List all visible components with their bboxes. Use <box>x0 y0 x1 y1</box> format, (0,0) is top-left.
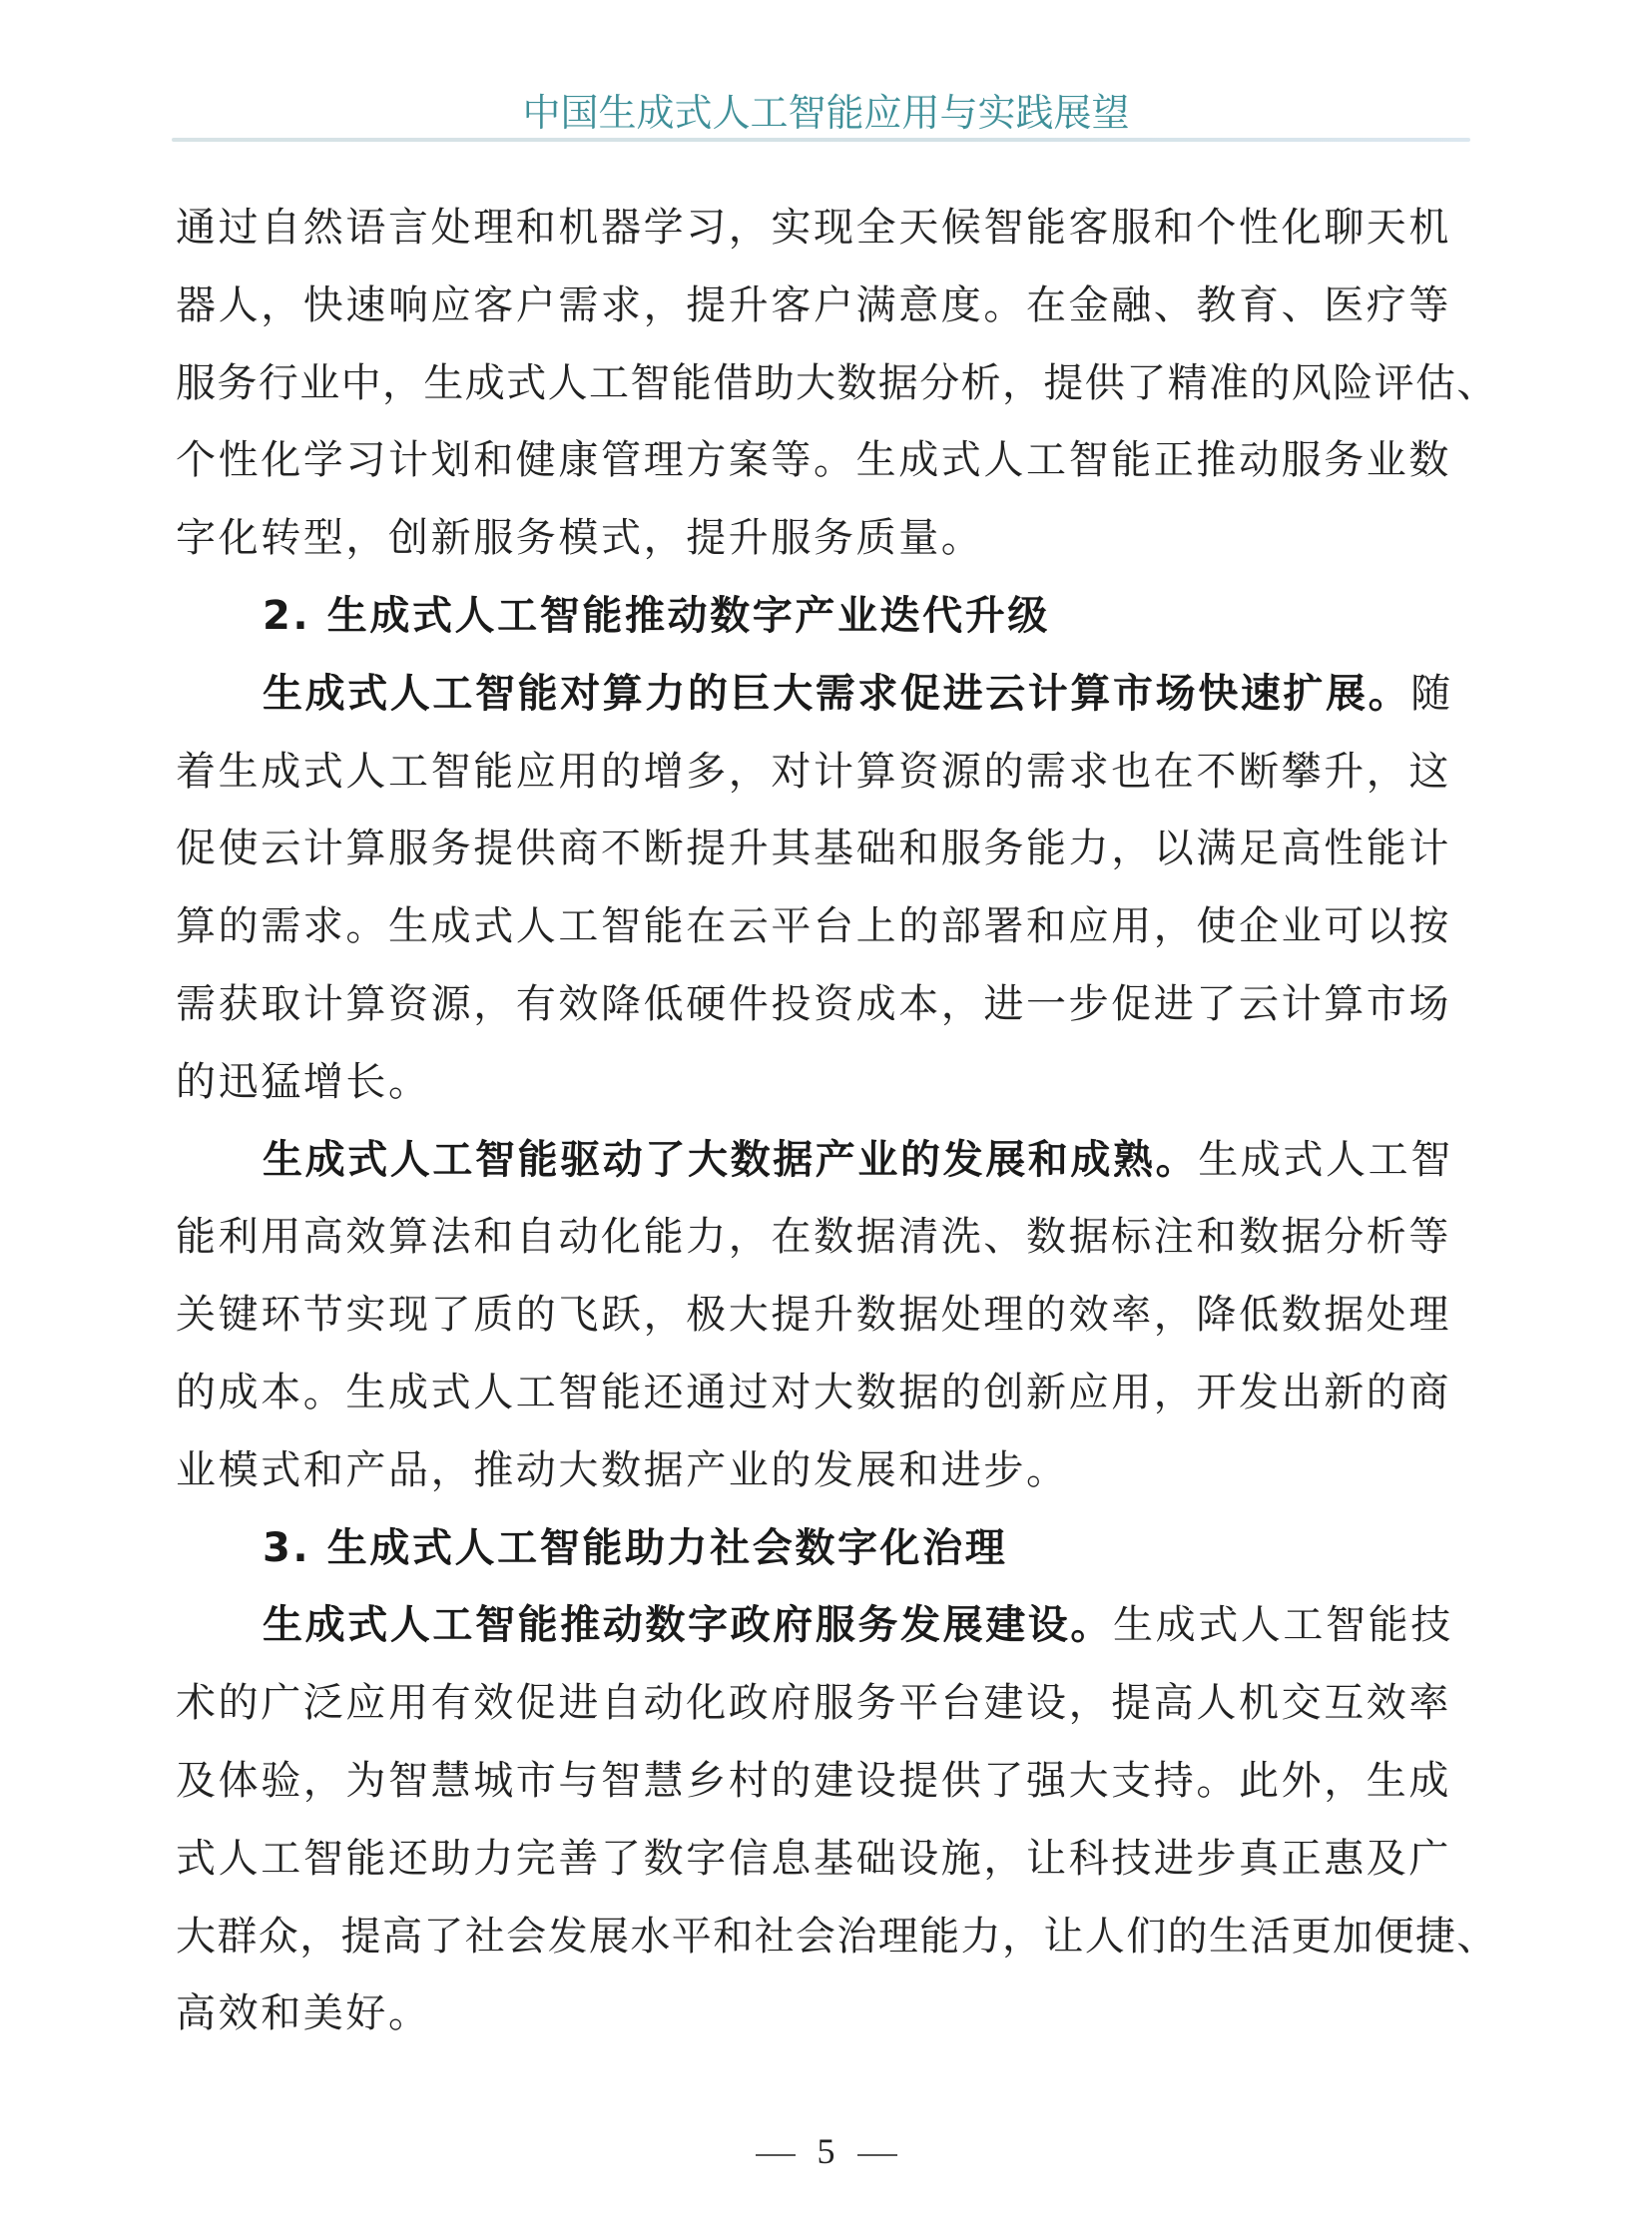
bold-lead: 生成式人工智能推动数字政府服务发展建设。 <box>263 1602 1113 1648</box>
text-line: 算的需求。生成式人工智能在云平台上的部署和应用，使企业可以按 <box>176 888 1471 966</box>
line-text: 生成式人工智能技 <box>1113 1602 1453 1648</box>
text-line: 生成式人工智能对算力的巨大需求促进云计算市场快速扩展。随 <box>176 656 1471 734</box>
dash-right <box>857 2154 897 2156</box>
line-text: 算的需求。生成式人工智能在云平台上的部署和应用，使企业可以按 <box>176 903 1451 949</box>
text-line: 通过自然语言处理和机器学习，实现全天候智能客服和个性化聊天机 <box>176 190 1471 268</box>
line-text: 通过自然语言处理和机器学习，实现全天候智能客服和个性化聊天机 <box>176 205 1451 251</box>
section-heading-2: 2. 生成式人工智能推动数字产业迭代升级 <box>176 578 1471 656</box>
text-line: 及体验，为智慧城市与智慧乡村的建设提供了强大支持。此外，生成 <box>176 1743 1471 1821</box>
line-text: 服务行业中，生成式人工智能借助大数据分析，提供了精准的风险评估、 <box>176 360 1498 406</box>
text-line: 字化转型，创新服务模式，提升服务质量。 <box>176 500 1471 578</box>
line-text: 术的广泛应用有效促进自动化政府服务平台建设，提高人机交互效率 <box>176 1680 1451 1726</box>
text-line: 能利用高效算法和自动化能力，在数据清洗、数据标注和数据分析等 <box>176 1199 1471 1277</box>
text-line: 式人工智能还助力完善了数字信息基础设施，让科技进步真正惠及广 <box>176 1821 1471 1899</box>
line-text: 随 <box>1410 671 1453 717</box>
line-text: 及体验，为智慧城市与智慧乡村的建设提供了强大支持。此外，生成 <box>176 1758 1451 1804</box>
text-line: 服务行业中，生成式人工智能借助大数据分析，提供了精准的风险评估、 <box>176 345 1471 423</box>
line-text: 着生成式人工智能应用的增多，对计算资源的需求也在不断攀升，这 <box>176 749 1451 795</box>
line-text: 大群众，提高了社会发展水平和社会治理能力，让人们的生活更加便捷、 <box>176 1914 1498 1960</box>
text-line: 器人，快速响应客户需求，提升客户满意度。在金融、教育、医疗等 <box>176 268 1471 345</box>
line-text: 的迅猛增长。 <box>176 1059 431 1105</box>
text-line: 大群众，提高了社会发展水平和社会治理能力，让人们的生活更加便捷、 <box>176 1899 1471 1976</box>
heading-text: 3. 生成式人工智能助力社会数字化治理 <box>263 1525 1007 1571</box>
line-text: 式人工智能还助力完善了数字信息基础设施，让科技进步真正惠及广 <box>176 1836 1451 1882</box>
text-line: 促使云计算服务提供商不断提升其基础和服务能力，以满足高性能计 <box>176 811 1471 888</box>
text-line: 需获取计算资源，有效降低硬件投资成本，进一步促进了云计算市场 <box>176 966 1471 1044</box>
text-line: 的成本。生成式人工智能还通过对大数据的创新应用，开发出新的商 <box>176 1355 1471 1432</box>
line-text: 器人，快速响应客户需求，提升客户满意度。在金融、教育、医疗等 <box>176 282 1451 328</box>
line-text: 的成本。生成式人工智能还通过对大数据的创新应用，开发出新的商 <box>176 1370 1451 1415</box>
line-text: 促使云计算服务提供商不断提升其基础和服务能力，以满足高性能计 <box>176 826 1451 871</box>
line-text: 需获取计算资源，有效降低硬件投资成本，进一步促进了云计算市场 <box>176 981 1451 1027</box>
line-text: 字化转型，创新服务模式，提升服务质量。 <box>176 515 983 561</box>
page-number: 5 <box>818 2131 835 2171</box>
text-line: 术的广泛应用有效促进自动化政府服务平台建设，提高人机交互效率 <box>176 1665 1471 1743</box>
line-text: 能利用高效算法和自动化能力，在数据清洗、数据标注和数据分析等 <box>176 1214 1451 1260</box>
text-line: 关键环节实现了质的飞跃，极大提升数据处理的效率，降低数据处理 <box>176 1277 1471 1355</box>
line-text: 关键环节实现了质的飞跃，极大提升数据处理的效率，降低数据处理 <box>176 1292 1451 1338</box>
header-divider <box>172 138 1470 142</box>
line-text: 个性化学习计划和健康管理方案等。生成式人工智能正推动服务业数 <box>176 437 1451 483</box>
text-line: 生成式人工智能推动数字政府服务发展建设。生成式人工智能技 <box>176 1587 1471 1665</box>
dash-left <box>756 2154 796 2156</box>
text-line: 生成式人工智能驱动了大数据产业的发展和成熟。生成式人工智 <box>176 1122 1471 1200</box>
page-footer: 5 <box>0 2126 1652 2176</box>
bold-lead: 生成式人工智能驱动了大数据产业的发展和成熟。 <box>263 1137 1198 1183</box>
text-line: 高效和美好。 <box>176 1975 1471 2053</box>
running-header: 中国生成式人工智能应用与实践展望 <box>0 88 1652 138</box>
line-text: 生成式人工智 <box>1198 1137 1453 1183</box>
text-line: 个性化学习计划和健康管理方案等。生成式人工智能正推动服务业数 <box>176 422 1471 500</box>
section-heading-3: 3. 生成式人工智能助力社会数字化治理 <box>176 1510 1471 1588</box>
body-text: 通过自然语言处理和机器学习，实现全天候智能客服和个性化聊天机 器人，快速响应客户… <box>176 190 1471 2053</box>
bold-lead: 生成式人工智能对算力的巨大需求促进云计算市场快速扩展。 <box>263 671 1410 717</box>
heading-text: 2. 生成式人工智能推动数字产业迭代升级 <box>263 593 1050 639</box>
line-text: 业模式和产品，推动大数据产业的发展和进步。 <box>176 1447 1069 1493</box>
text-line: 业模式和产品，推动大数据产业的发展和进步。 <box>176 1432 1471 1510</box>
text-line: 的迅猛增长。 <box>176 1044 1471 1122</box>
text-line: 着生成式人工智能应用的增多，对计算资源的需求也在不断攀升，这 <box>176 734 1471 812</box>
line-text: 高效和美好。 <box>176 1990 431 2036</box>
